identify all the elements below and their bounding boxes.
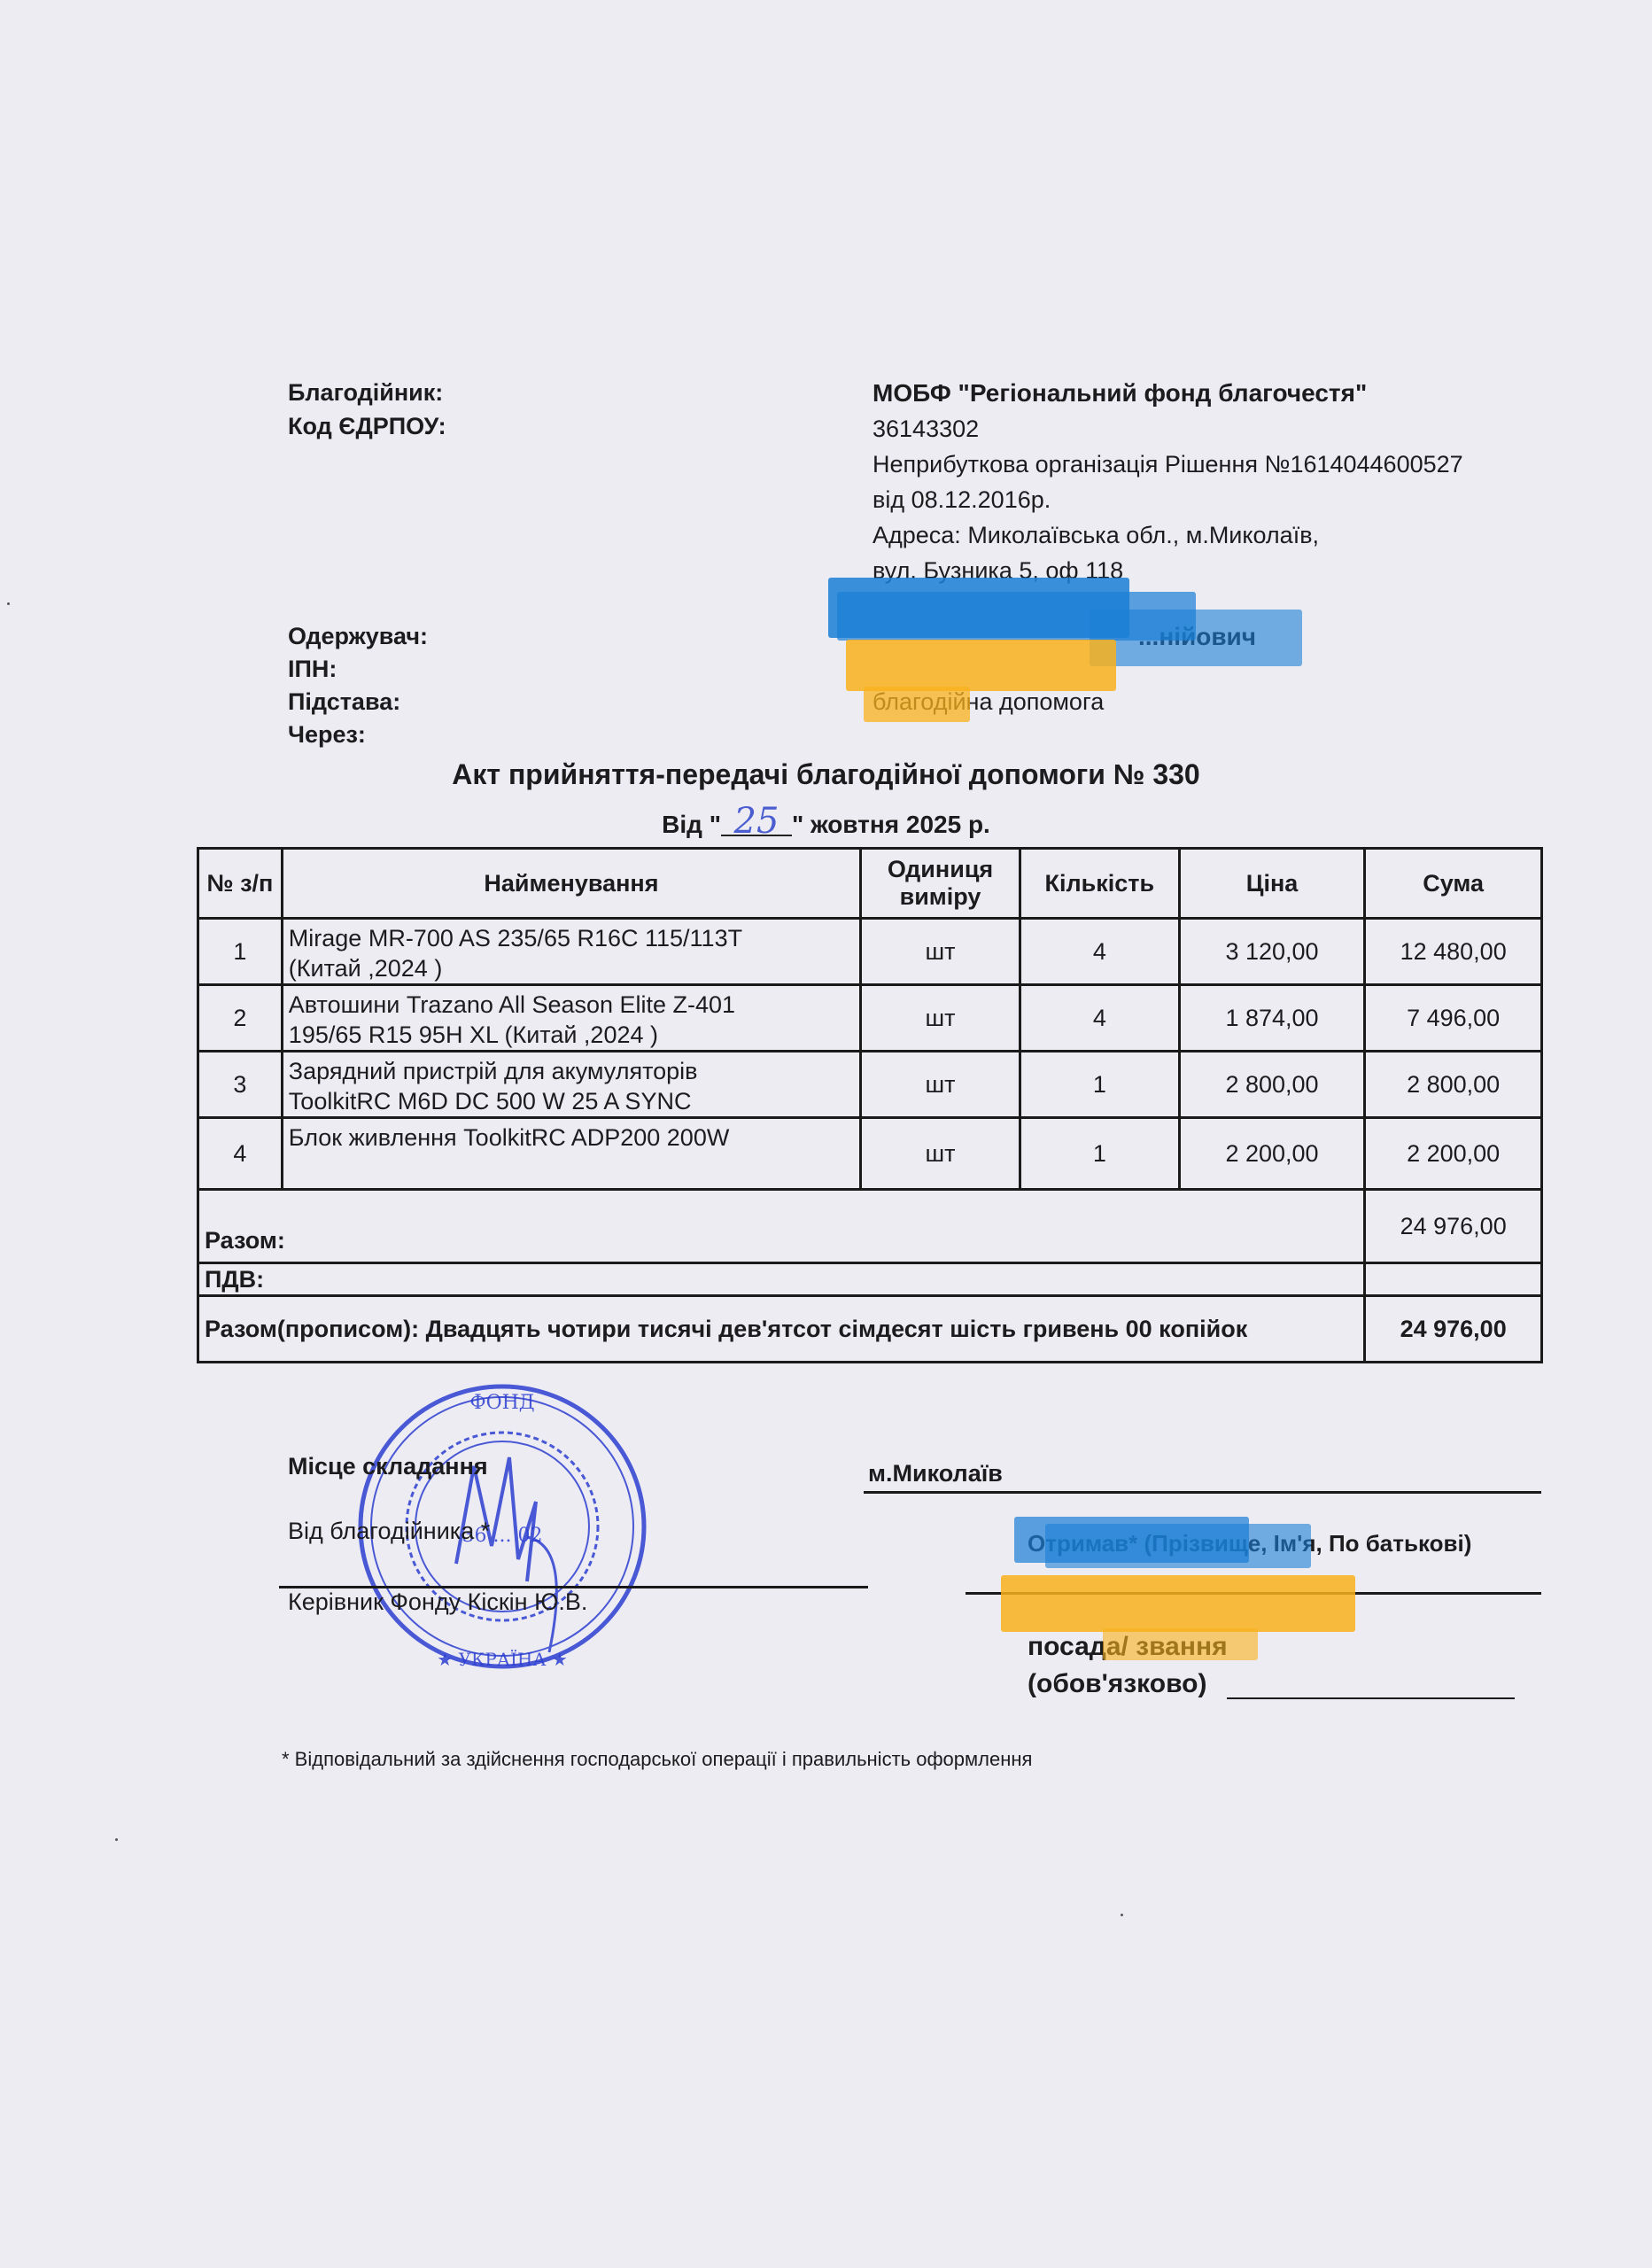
col-qty: Кількість [1020,849,1179,919]
row-number: 4 [198,1118,283,1190]
row-sum: 7 496,00 [1365,985,1542,1052]
table-row: 3 Зарядний пристрій для акумуляторівTool… [198,1052,1542,1118]
row-unit: шт [861,919,1020,985]
total-label: Разом: [198,1190,1365,1263]
scan-speck [115,1838,118,1841]
row-price: 2 200,00 [1179,1118,1365,1190]
row-qty: 4 [1020,985,1179,1052]
row-name-line1: Зарядний пристрій для акумуляторів [289,1056,854,1086]
total-row: Разом: 24 976,00 [198,1190,1542,1263]
from-donor-label: Від благодійника * [288,1518,490,1545]
table-header-row: № з/п Найменування Одиниця виміру Кількі… [198,849,1542,919]
redaction-mark [1090,610,1302,666]
row-name-line1: Блок живлення ToolkitRC ADP200 200W [289,1122,854,1153]
recipient-labels: Одержувач: ІПН: Підстава: Через: [288,620,428,751]
footnote: * Відповідальний за здійснення господарс… [282,1748,1032,1771]
redaction-mark [1103,1628,1258,1660]
edrpou-code: 36143302 [873,411,1463,447]
total-in-words: Разом(прописом): Двадцять чотири тисячі … [198,1296,1365,1363]
document-date: Від "25" жовтня 2025 р. [0,808,1652,839]
edrpou-label: Код ЄДРПОУ: [288,409,446,443]
position-label-line2: (обов'язково) [1028,1666,1228,1703]
col-name: Найменування [282,849,860,919]
row-price: 1 874,00 [1179,985,1365,1052]
date-prefix: Від " [662,811,721,838]
col-number: № з/п [198,849,283,919]
donor-label: Благодійник: [288,376,446,409]
row-name-line2: (Китай ,2024 ) [289,953,854,983]
vat-label: ПДВ: [198,1263,1365,1296]
decision-date: від 08.12.2016р. [873,482,1463,517]
col-unit: Одиниця виміру [861,849,1020,919]
row-price: 3 120,00 [1179,919,1365,985]
row-qty: 4 [1020,919,1179,985]
table-row: 4 Блок живлення ToolkitRC ADP200 200W шт… [198,1118,1542,1190]
redaction-mark [864,687,970,722]
basis-label: Підстава: [288,686,428,718]
redaction-mark [846,640,1116,691]
date-suffix: " жовтня 2025 р. [792,811,990,838]
date-day-handwritten: 25 [721,808,792,836]
donor-details: МОБФ "Регіональний фонд благочестя" 3614… [873,376,1463,588]
row-name: Блок живлення ToolkitRC ADP200 200W [282,1118,860,1190]
row-unit: шт [861,1118,1020,1190]
table-row: 1 Mirage MR-700 AS 235/65 R16C 115/113T(… [198,919,1542,985]
row-sum: 12 480,00 [1365,919,1542,985]
row-number: 2 [198,985,283,1052]
total-in-words-row: Разом(прописом): Двадцять чотири тисячі … [198,1296,1542,1363]
row-unit: шт [861,1052,1020,1118]
stamp-top-text: ФОНД [469,1392,534,1414]
total-in-words-amount: 24 976,00 [1365,1296,1542,1363]
total-amount: 24 976,00 [1365,1190,1542,1263]
row-name: Зарядний пристрій для акумуляторівToolki… [282,1052,860,1118]
redaction-mark [1001,1575,1355,1632]
redaction-mark [1045,1524,1311,1568]
scan-speck [1121,1914,1123,1916]
row-name: Mirage MR-700 AS 235/65 R16C 115/113T(Ки… [282,919,860,985]
via-label: Через: [288,718,428,751]
row-name-line1: Автошини Trazano All Season Elite Z-401 [289,990,854,1020]
row-qty: 1 [1020,1118,1179,1190]
place-value: м.Миколаїв [868,1460,1003,1487]
col-sum: Сума [1365,849,1542,919]
recipient-label: Одержувач: [288,620,428,653]
row-unit: шт [861,985,1020,1052]
fund-head-label: Керівник Фонду Кіскін Ю.В. [288,1588,587,1616]
svg-text:★ УКРАЇНА ★: ★ УКРАЇНА ★ [437,1649,568,1670]
row-price: 2 800,00 [1179,1052,1365,1118]
place-label: Місце складання [288,1453,488,1480]
row-name: Автошини Trazano All Season Elite Z-4011… [282,985,860,1052]
row-qty: 1 [1020,1052,1179,1118]
col-price: Ціна [1179,849,1365,919]
vat-row: ПДВ: [198,1263,1542,1296]
row-name-line1: Mirage MR-700 AS 235/65 R16C 115/113T [289,923,854,953]
nonprofit-decision: Неприбуткова організація Рішення №161404… [873,447,1463,482]
vat-amount [1365,1263,1542,1296]
scan-speck [7,602,10,605]
address-line-1: Адреса: Миколаївська обл., м.Миколаїв, [873,517,1463,553]
row-name-line2: ToolkitRC M6D DC 500 W 25 A SYNC [289,1086,854,1116]
donor-name: МОБФ "Регіональний фонд благочестя" [873,376,1463,411]
row-sum: 2 800,00 [1365,1052,1542,1118]
row-number: 3 [198,1052,283,1118]
goods-table: № з/п Найменування Одиниця виміру Кількі… [197,847,1543,1363]
position-underline[interactable] [1227,1697,1515,1699]
donor-labels: Благодійник: Код ЄДРПОУ: [288,376,446,443]
ipn-label: ІПН: [288,653,428,686]
place-underline [864,1491,1541,1494]
row-number: 1 [198,919,283,985]
row-sum: 2 200,00 [1365,1118,1542,1190]
row-name-line2: 195/65 R15 95H XL (Китай ,2024 ) [289,1020,854,1050]
document-title: Акт прийняття-передачі благодійної допом… [0,758,1652,791]
table-row: 2 Автошини Trazano All Season Elite Z-40… [198,985,1542,1052]
